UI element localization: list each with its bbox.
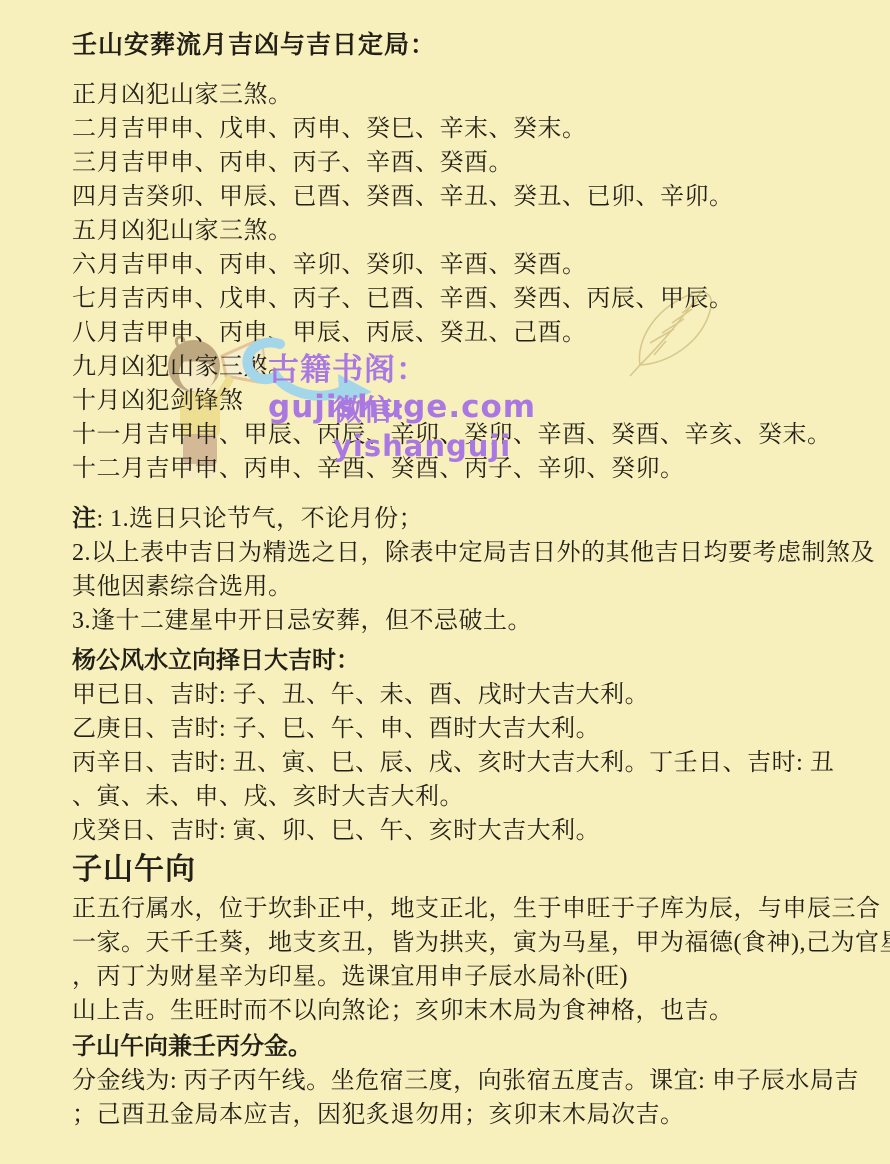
month-list: 正月凶犯山家三煞。 二月吉甲申、戊申、丙申、癸巳、辛末、癸末。 三月吉甲申、丙申… xyxy=(72,78,850,486)
month-line-7: 七月吉丙申、戊申、丙子、已酉、辛酉、癸西、丙辰、甲辰。 xyxy=(72,282,850,316)
month-line-11: 十一月吉甲申、甲辰、丙辰、辛卯、癸卯、辛酉、癸酉、辛亥、癸末。 xyxy=(72,418,850,452)
month-line-5: 五月凶犯山家三煞。 xyxy=(72,214,850,248)
month-line-2: 二月吉甲申、戊申、丙申、癸巳、辛末、癸末。 xyxy=(72,112,850,146)
zishan-sub-line-1: 分金线为: 丙子丙午线。坐危宿三度，向张宿五度吉。课宜: 申子辰水局吉 xyxy=(72,1064,850,1098)
zishan-para-line-3: ，丙丁为财星辛为印星。选课宜用申子辰水局补(旺) xyxy=(72,960,850,994)
month-line-9: 九月凶犯山家三煞。 xyxy=(72,350,850,384)
note-line-3: 其他因素综合选用。 xyxy=(72,570,850,604)
document-page: 壬山安葬流月吉凶与吉日定局： 正月凶犯山家三煞。 二月吉甲申、戊申、丙申、癸巳、… xyxy=(0,0,890,1164)
zishan-heading: 子山午向 xyxy=(72,848,850,892)
curved-arrow-icon xyxy=(236,336,386,408)
zishan-para-line-4: 山上吉。生旺时而不以向煞论；亥卯末木局为食神格，也吉。 xyxy=(72,994,850,1028)
zishan-sub-heading: 子山午向兼壬丙分金。 xyxy=(72,1030,850,1064)
yanggong-line-1: 甲已日、吉时: 子、丑、午、未、酉、戌时大吉大利。 xyxy=(72,678,850,712)
month-line-8: 八月吉甲申、丙申、甲辰、丙辰、癸丑、己酉。 xyxy=(72,316,850,350)
month-line-12: 十二月吉甲申、丙申、辛酉、癸酉、丙子、辛卯、癸卯。 xyxy=(72,452,850,486)
notes-section: 注: 1.选日只论节气，不论月份； 2.以上表中吉日为精选之日，除表中定局吉日外… xyxy=(72,502,850,638)
month-line-4: 四月吉癸卯、甲辰、已酉、癸酉、辛丑、癸丑、已卯、辛卯。 xyxy=(72,180,850,214)
note-line-1-text: : 1.选日只论节气，不论月份； xyxy=(97,506,424,532)
zishan-section: 子山午向 正五行属水，位于坎卦正中，地支正北，生于申旺于子库为辰，与申辰三合 一… xyxy=(72,848,850,1132)
month-line-6: 六月吉甲申、丙申、辛卯、癸卯、辛酉、癸酉。 xyxy=(72,248,850,282)
yanggong-section: 杨公风水立向择日大吉时： 甲已日、吉时: 子、丑、午、未、酉、戌时大吉大利。 乙… xyxy=(72,644,850,848)
zishan-sub-line-2: ；己酉丑金局本应吉，因犯炙退勿用；亥卯末木局次吉。 xyxy=(72,1098,850,1132)
yanggong-heading: 杨公风水立向择日大吉时： xyxy=(72,644,850,678)
page-title: 壬山安葬流月吉凶与吉日定局： xyxy=(72,30,850,62)
yanggong-line-3: 丙辛日、吉时: 丑、寅、巳、辰、戌、亥时大吉大利。丁壬日、吉时: 丑 xyxy=(72,746,850,780)
month-line-3: 三月吉甲申、丙申、丙子、辛酉、癸酉。 xyxy=(72,146,850,180)
document-content: 壬山安葬流月吉凶与吉日定局： 正月凶犯山家三煞。 二月吉甲申、戊申、丙申、癸巳、… xyxy=(72,30,850,1132)
month-line-1: 正月凶犯山家三煞。 xyxy=(72,78,850,112)
note-label: 注 xyxy=(72,506,97,532)
yanggong-line-5: 戊癸日、吉时: 寅、卯、巳、午、亥时大吉大利。 xyxy=(72,814,850,848)
note-line-1: 注: 1.选日只论节气，不论月份； xyxy=(72,502,850,536)
month-line-10: 十月凶犯剑锋煞 xyxy=(72,384,850,418)
yanggong-line-4: 、寅、未、申、戌、亥时大吉大利。 xyxy=(72,780,850,814)
zishan-para-line-1: 正五行属水，位于坎卦正中，地支正北，生于申旺于子库为辰，与申辰三合 xyxy=(72,892,850,926)
yanggong-line-2: 乙庚日、吉时: 子、巳、午、申、酉时大吉大利。 xyxy=(72,712,850,746)
note-line-2: 2.以上表中吉日为精选之日，除表中定局吉日外的其他吉日均要考虑制煞及 xyxy=(72,536,850,570)
zishan-para-line-2: 一家。天千壬葵，地支亥丑，皆为拱夹，寅为马星，甲为福德(食神),己为官星 xyxy=(72,926,850,960)
note-line-4: 3.逢十二建星中开日忌安葬，但不忌破土。 xyxy=(72,604,850,638)
